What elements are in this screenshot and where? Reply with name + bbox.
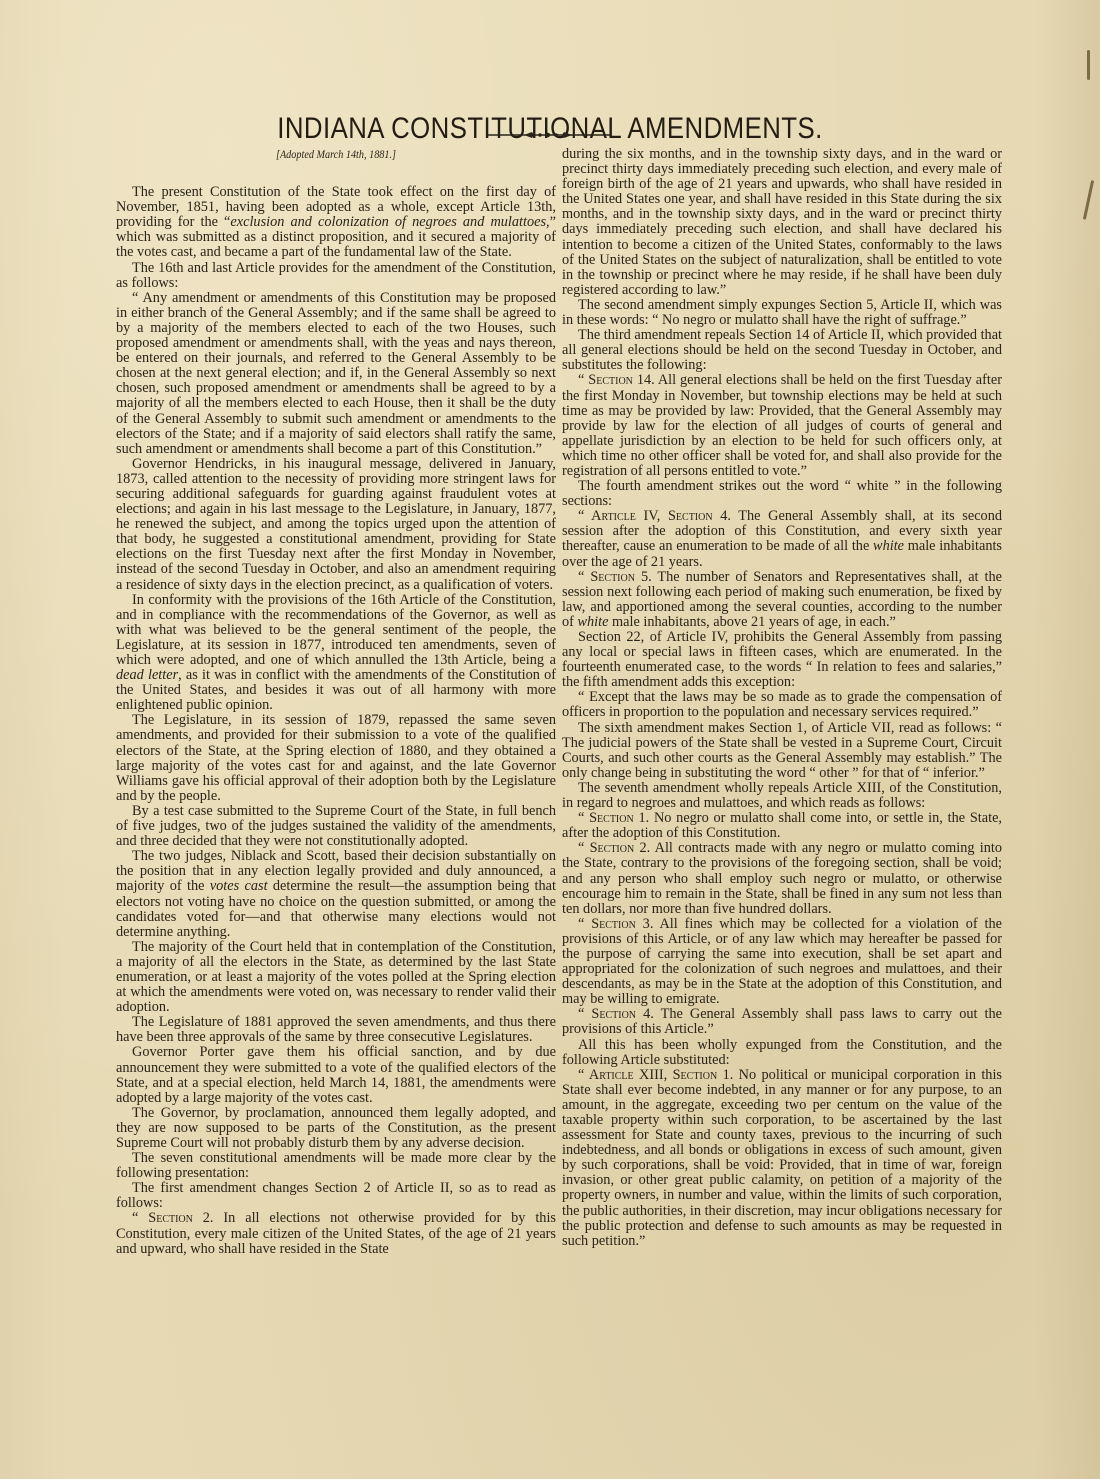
paragraph: The present Constitution of the State to… bbox=[116, 185, 556, 260]
paragraph: Governor Hendricks, in his inaugural mes… bbox=[116, 457, 556, 593]
quotation: “ Section 4. The General Assembly shall … bbox=[562, 1007, 1002, 1037]
quotation: “ Section 2. In all elections not otherw… bbox=[116, 1211, 556, 1256]
quotation: “ Section 3. All fines which may be coll… bbox=[562, 917, 1002, 1008]
ornament-divider-icon bbox=[488, 129, 610, 141]
quotation: “ Section 1. No negro or mulatto shall c… bbox=[562, 811, 1002, 841]
paragraph: Section 22, of Article IV, prohibits the… bbox=[562, 630, 1002, 690]
paragraph: The two judges, Niblack and Scott, based… bbox=[116, 849, 556, 940]
paragraph: The majority of the Court held that in c… bbox=[116, 940, 556, 1015]
quotation: “ Except that the laws may be so made as… bbox=[562, 690, 1002, 720]
paragraph: By a test case submitted to the Supreme … bbox=[116, 804, 556, 849]
paragraph: The third amendment repeals Section 14 o… bbox=[562, 328, 1002, 373]
paragraph: The 16th and last Article provides for t… bbox=[116, 261, 556, 291]
paragraph: Governor Porter gave them his official s… bbox=[116, 1045, 556, 1105]
paragraph: The seventh amendment wholly repeals Art… bbox=[562, 781, 1002, 811]
paragraph: The first amendment changes Section 2 of… bbox=[116, 1181, 556, 1211]
paragraph: The Legislature, in its session of 1879,… bbox=[116, 713, 556, 804]
paragraph: The Legislature of 1881 approved the sev… bbox=[116, 1015, 556, 1045]
quotation: “ Article XIII, Section 1. No political … bbox=[562, 1068, 1002, 1249]
quotation: “ Section 14. All general elections shal… bbox=[562, 373, 1002, 479]
quotation: “ Any amendment or amendments of this Co… bbox=[116, 291, 556, 457]
dateline: [Adopted March 14th, 1881.] bbox=[149, 147, 523, 162]
paragraph: In conformity with the provisions of the… bbox=[116, 593, 556, 714]
right-column: during the six months, and in the townsh… bbox=[562, 147, 1002, 1249]
document-page: INDIANA CONSTITUTIONAL AMENDMENTS. [Adop… bbox=[0, 0, 1100, 1479]
paragraph: The second amendment simply expunges Sec… bbox=[562, 298, 1002, 328]
paragraph: The seven constitutional amendments will… bbox=[116, 1151, 556, 1181]
staple-mark bbox=[1087, 50, 1090, 80]
quotation: “ Section 5. The number of Senators and … bbox=[562, 570, 1002, 630]
left-column: [Adopted March 14th, 1881.] The present … bbox=[116, 147, 556, 1257]
paragraph: The fourth amendment strikes out the wor… bbox=[562, 479, 1002, 509]
quotation: “ Section 2. All contracts made with any… bbox=[562, 841, 1002, 916]
quotation-continued: during the six months, and in the townsh… bbox=[562, 147, 1002, 298]
quotation: “ Article IV, Section 4. The General Ass… bbox=[562, 509, 1002, 569]
staple-mark bbox=[1083, 180, 1094, 220]
paragraph: The sixth amendment makes Section 1, of … bbox=[562, 721, 1002, 781]
paragraph: The Governor, by proclamation, announced… bbox=[116, 1106, 556, 1151]
paragraph: All this has been wholly expunged from t… bbox=[562, 1038, 1002, 1068]
